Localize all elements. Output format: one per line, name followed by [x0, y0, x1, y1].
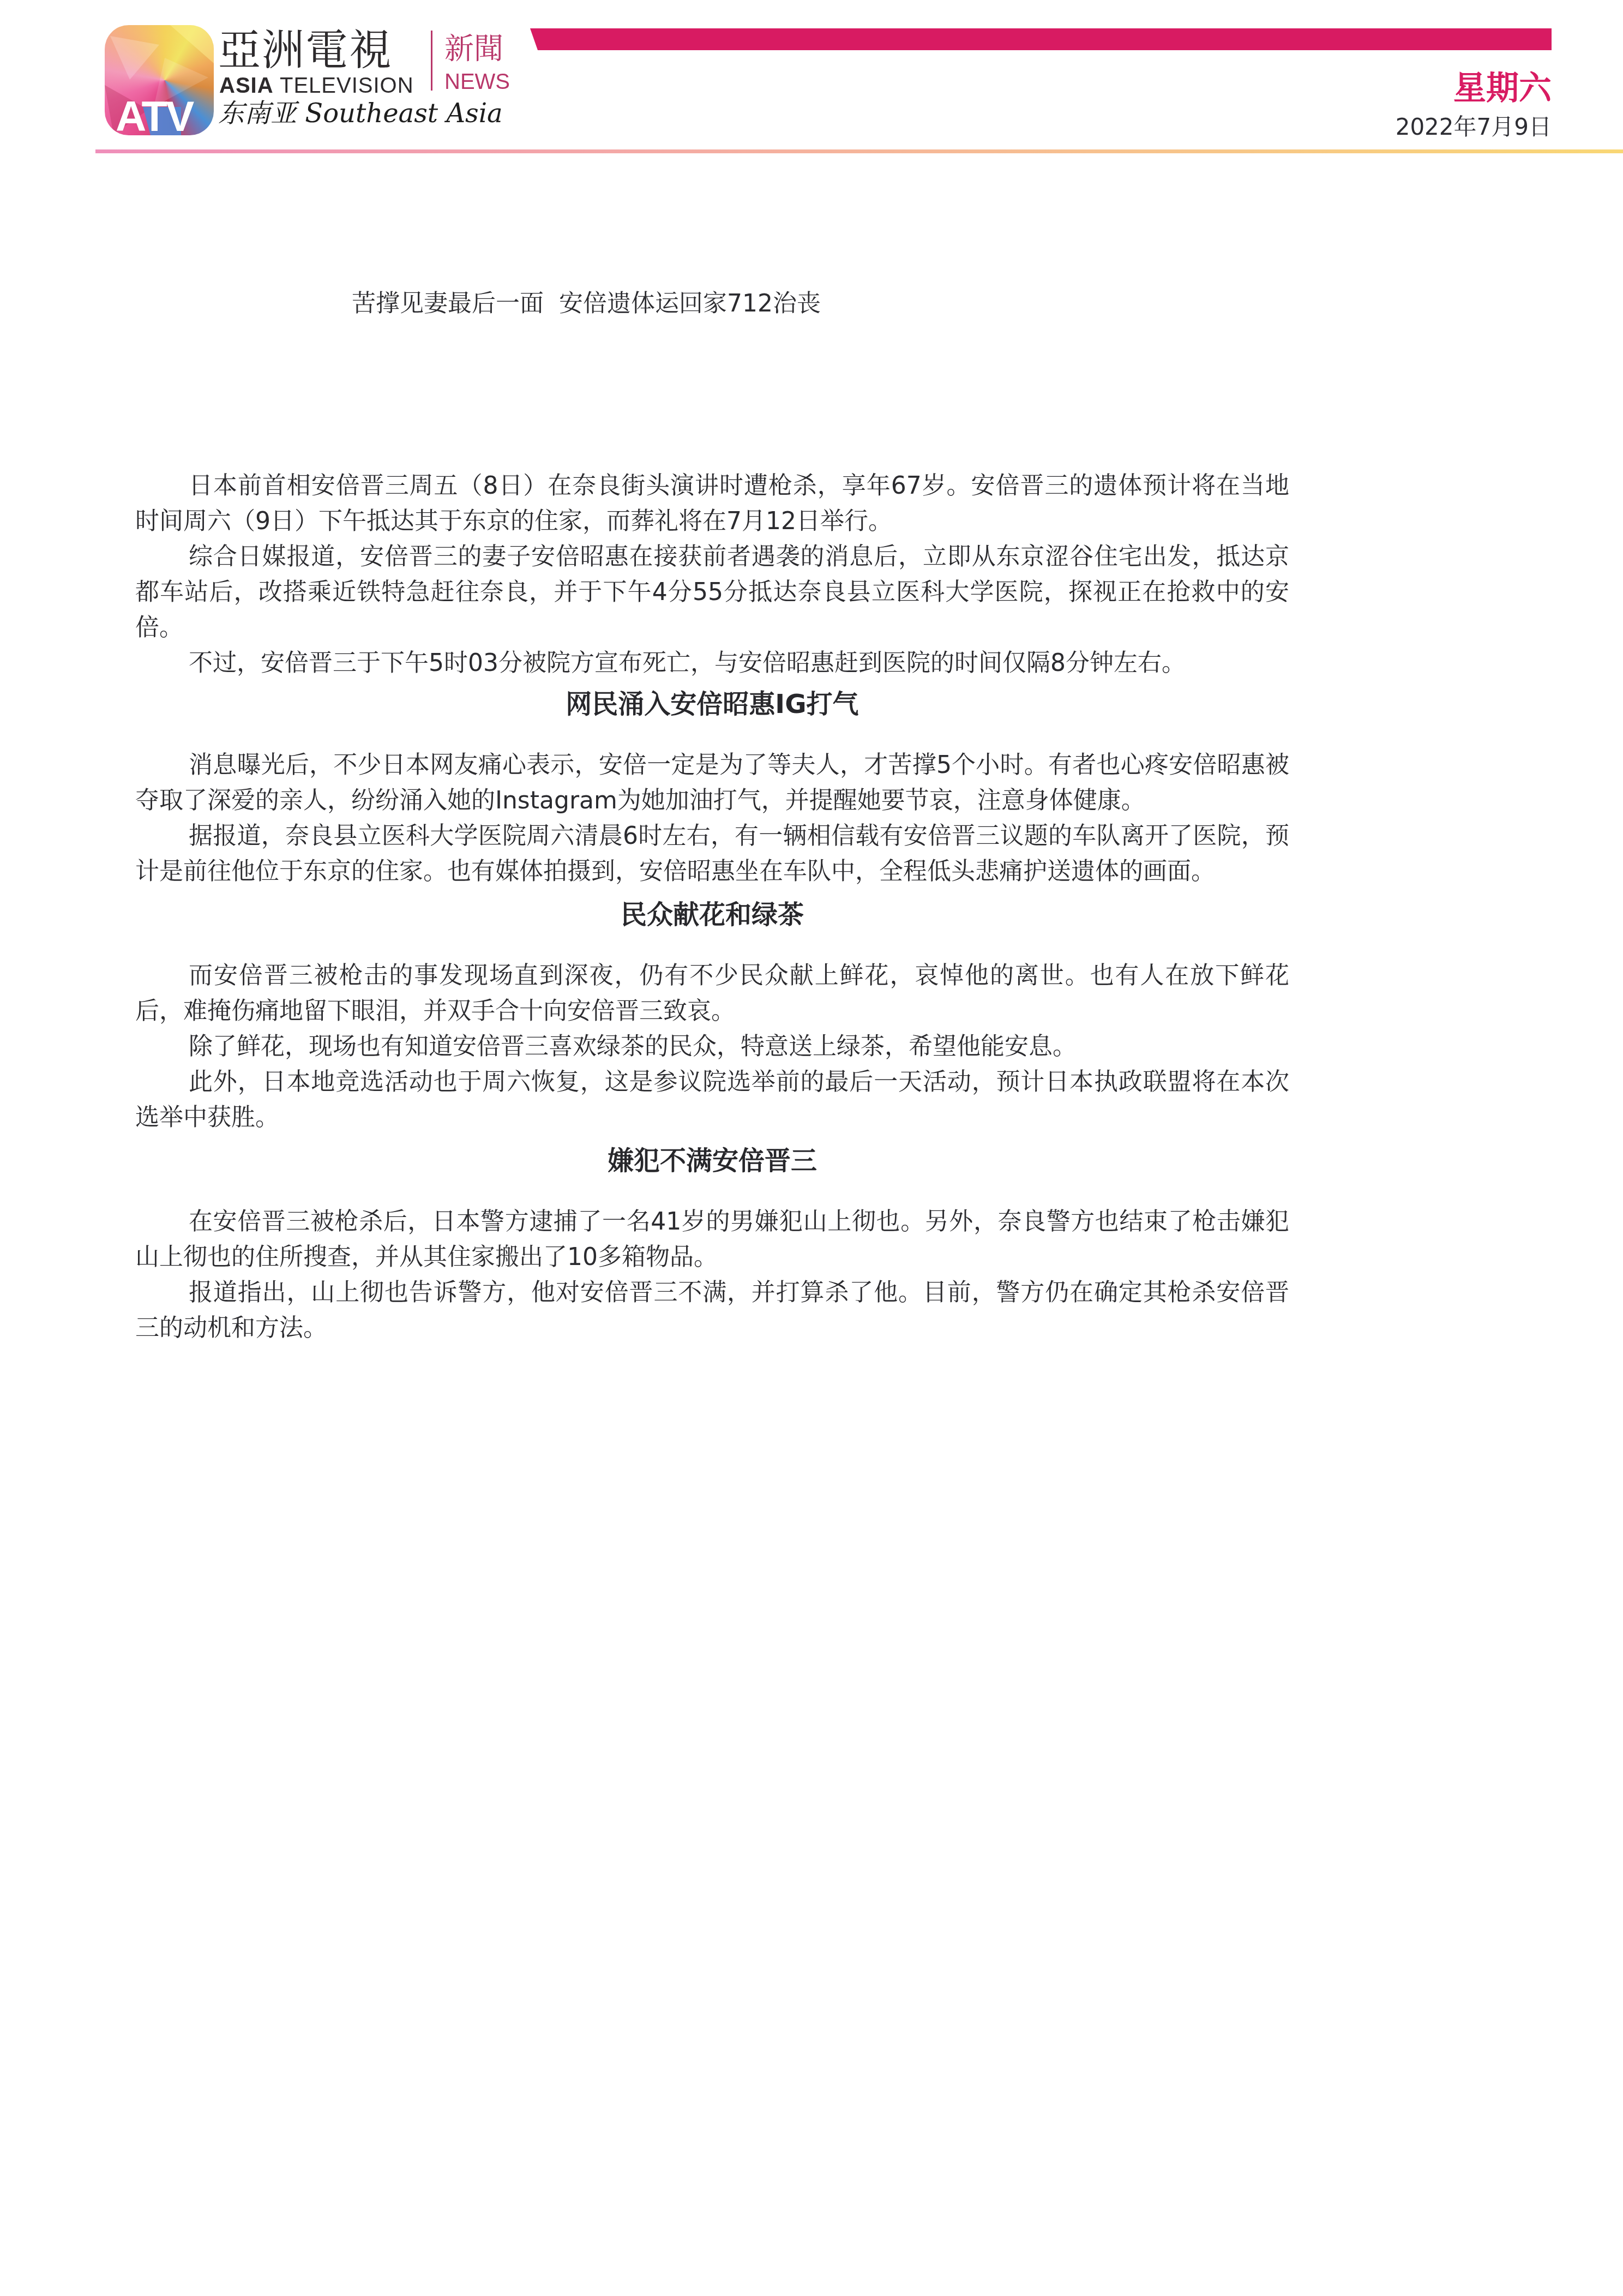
- article-paragraph: 而安倍晋三被枪击的事发现场直到深夜，仍有不少民众献上鲜花，哀悼他的离世。也有人在…: [135, 958, 1289, 1029]
- logo-name-english-light: TELEVISION: [280, 74, 414, 98]
- logo-name-english: ASIA TELEVISION: [219, 74, 414, 98]
- article-paragraph: 不过，安倍晋三于下午5时03分被院方宣布死亡，与安倍昭惠赶到医院的时间仅隔8分钟…: [135, 645, 1289, 681]
- date-label: 2022年7月9日: [1396, 112, 1552, 142]
- logo-facet: [110, 36, 159, 80]
- weekday-label: 星期六: [1453, 67, 1552, 110]
- article-paragraph: 除了鲜花，现场也有知道安倍晋三喜欢绿茶的民众，特意送上绿茶，希望他能安息。: [135, 1029, 1289, 1064]
- logo-news-english: NEWS: [444, 70, 510, 94]
- header-gradient-divider: [95, 149, 1623, 153]
- section-heading: 嫌犯不满安倍晋三: [135, 1143, 1289, 1179]
- section-heading: 网民涌入安倍昭惠IG打气: [135, 686, 1289, 722]
- page-header: ATV 亞洲電視 ASIA TELEVISION 东南亚 Southeast A…: [0, 0, 1623, 164]
- logo-divider: [431, 31, 432, 91]
- logo-name-english-bold: ASIA: [219, 74, 274, 98]
- article-paragraph: 消息曝光后，不少日本网友痛心表示，安倍一定是为了等夫人，才苦撑5个小时。有者也心…: [135, 747, 1289, 818]
- article-paragraph: 综合日媒报道，安倍晋三的妻子安倍昭惠在接获前者遇袭的消息后，立即从东京涩谷住宅出…: [135, 539, 1289, 645]
- logo-region-english: Southeast Asia: [305, 98, 502, 129]
- article-title: 苦撑见妻最后一面 安倍遗体运回家712治丧: [0, 285, 1173, 323]
- logo-name-chinese: 亞洲電視: [218, 26, 393, 75]
- atv-logo-icon: ATV: [105, 25, 214, 135]
- section-heading: 民众献花和绿茶: [135, 897, 1289, 933]
- article-paragraph: 据报道，奈良县立医科大学医院周六清晨6时左右，有一辆相信载有安倍晋三议题的车队离…: [135, 818, 1289, 889]
- logo-facet: [170, 25, 214, 63]
- article-paragraph: 此外，日本地竞选活动也于周六恢复，这是参议院选举前的最后一天活动，预计日本执政联…: [135, 1064, 1289, 1135]
- logo-news-chinese: 新聞: [444, 32, 503, 67]
- article-body: 日本前首相安倍晋三周五（8日）在奈良街头演讲时遭枪杀，享年67岁。安倍晋三的遗体…: [135, 468, 1289, 1346]
- logo-region: 东南亚 Southeast Asia: [218, 97, 503, 130]
- article-paragraph: 日本前首相安倍晋三周五（8日）在奈良街头演讲时遭枪杀，享年67岁。安倍晋三的遗体…: [135, 468, 1289, 539]
- logo-region-chinese: 东南亚: [218, 98, 297, 129]
- article-paragraph: 报道指出，山上彻也告诉警方，他对安倍晋三不满，并打算杀了他。目前，警方仍在确定其…: [135, 1275, 1289, 1346]
- article-paragraph: 在安倍晋三被枪杀后，日本警方逮捕了一名41岁的男嫌犯山上彻也。另外，奈良警方也结…: [135, 1204, 1289, 1275]
- logo-atv-text: ATV: [116, 92, 214, 135]
- header-accent-bar: [530, 28, 1552, 50]
